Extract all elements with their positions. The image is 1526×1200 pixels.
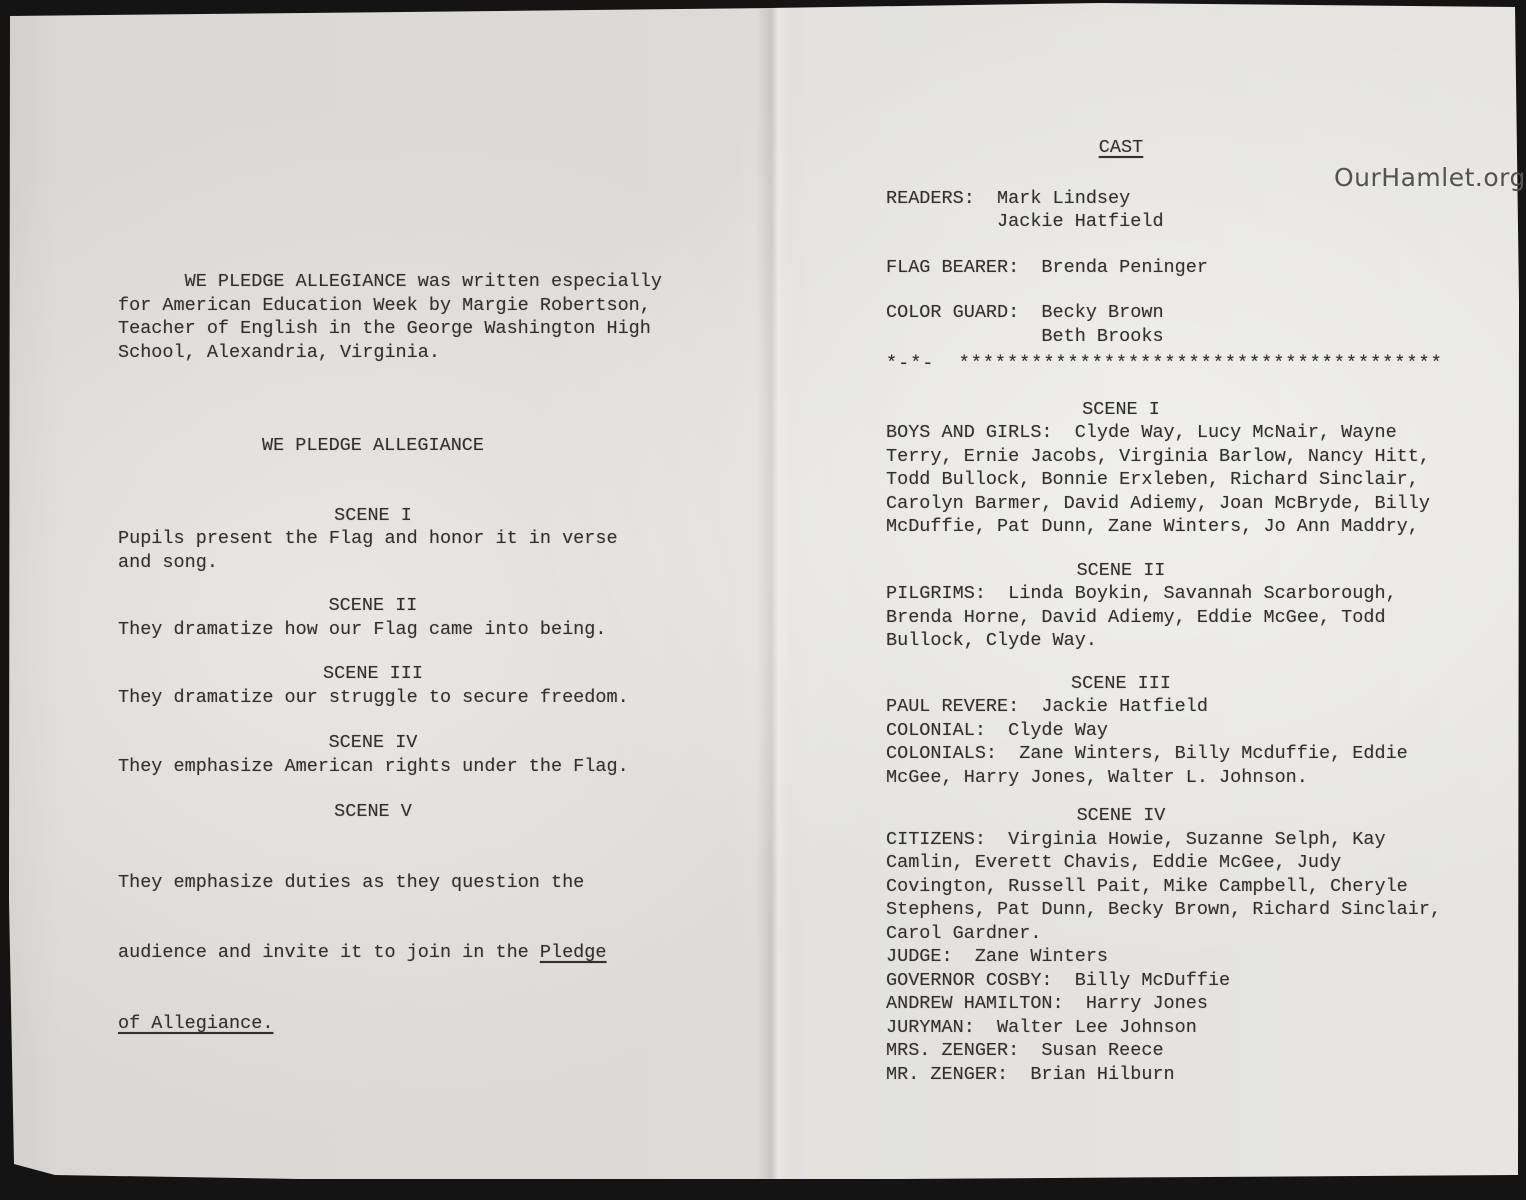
- underlined-phrase: of Allegiance.: [118, 1013, 273, 1034]
- scene-heading: SCENE II: [118, 594, 628, 618]
- cast-scene-1: SCENE I BOYS AND GIRLS: Clyde Way, Lucy …: [886, 398, 1461, 539]
- scene-heading: SCENE IV: [886, 804, 1356, 828]
- scene-heading: SCENE V: [118, 800, 628, 824]
- scene-heading: SCENE I: [118, 504, 628, 528]
- scene-block-4: SCENE IV They emphasize American rights …: [118, 731, 678, 778]
- cast-scene-3: SCENE III PAUL REVERE: Jackie Hatfield C…: [886, 672, 1461, 790]
- page-left: WE PLEDGE ALLEGIANCE was written especia…: [118, 270, 678, 1082]
- cast-role-flag-bearer: FLAG BEARER: Brenda Peninger: [886, 256, 1461, 280]
- scene-description: They dramatize how our Flag came into be…: [118, 618, 678, 642]
- cast-scene-4: SCENE IV CITIZENS: Virginia Howie, Suzan…: [886, 804, 1461, 1086]
- play-title: WE PLEDGE ALLEGIANCE: [118, 434, 628, 458]
- intro-paragraph: WE PLEDGE ALLEGIANCE was written especia…: [118, 270, 678, 364]
- cast-role-color-guard: COLOR GUARD: Becky Brown Beth Brooks: [886, 301, 1461, 348]
- scene-v-line: of Allegiance.: [118, 1012, 678, 1036]
- scene-block-1: SCENE I Pupils present the Flag and hono…: [118, 504, 678, 575]
- scene-description: Pupils present the Flag and honor it in …: [118, 527, 678, 574]
- scene-block-2: SCENE II They dramatize how our Flag cam…: [118, 594, 678, 641]
- scene-v-line: They emphasize duties as they question t…: [118, 871, 678, 895]
- scene-cast-list: BOYS AND GIRLS: Clyde Way, Lucy McNair, …: [886, 421, 1461, 539]
- program-paper: WE PLEDGE ALLEGIANCE was written especia…: [0, 0, 1526, 1200]
- scene-heading: SCENE III: [118, 662, 628, 686]
- scene-v-line: audience and invite it to join in the Pl…: [118, 941, 678, 965]
- underlined-phrase: Pledge: [540, 942, 607, 963]
- asterisk-divider: *-*- ***********************************…: [886, 352, 1461, 376]
- scanned-program-spread: WE PLEDGE ALLEGIANCE was written especia…: [0, 0, 1526, 1200]
- scene-description: They dramatize our struggle to secure fr…: [118, 686, 678, 710]
- cast-role-readers: READERS: Mark Lindsey Jackie Hatfield: [886, 187, 1461, 234]
- scene-description: They emphasize duties as they question t…: [118, 824, 678, 1083]
- cast-title: CAST: [886, 136, 1356, 160]
- cast-scene-2: SCENE II PILGRIMS: Linda Boykin, Savanna…: [886, 559, 1461, 653]
- page-right: CAST READERS: Mark Lindsey Jackie Hatfie…: [886, 136, 1461, 1086]
- scene-heading: SCENE IV: [118, 731, 628, 755]
- scene-heading: SCENE III: [886, 672, 1356, 696]
- scene-heading: SCENE I: [886, 398, 1356, 422]
- scene-cast-list: PILGRIMS: Linda Boykin, Savannah Scarbor…: [886, 582, 1461, 653]
- scene-heading: SCENE II: [886, 559, 1356, 583]
- scene-description: They emphasize American rights under the…: [118, 755, 678, 779]
- watermark: OurHamlet.org: [1334, 163, 1526, 192]
- scene-block-5: SCENE V They emphasize duties as they qu…: [118, 800, 678, 1082]
- scene-cast-list: PAUL REVERE: Jackie Hatfield COLONIAL: C…: [886, 695, 1461, 789]
- scene-cast-list: CITIZENS: Virginia Howie, Suzanne Selph,…: [886, 828, 1461, 1087]
- scene-block-3: SCENE III They dramatize our struggle to…: [118, 662, 678, 709]
